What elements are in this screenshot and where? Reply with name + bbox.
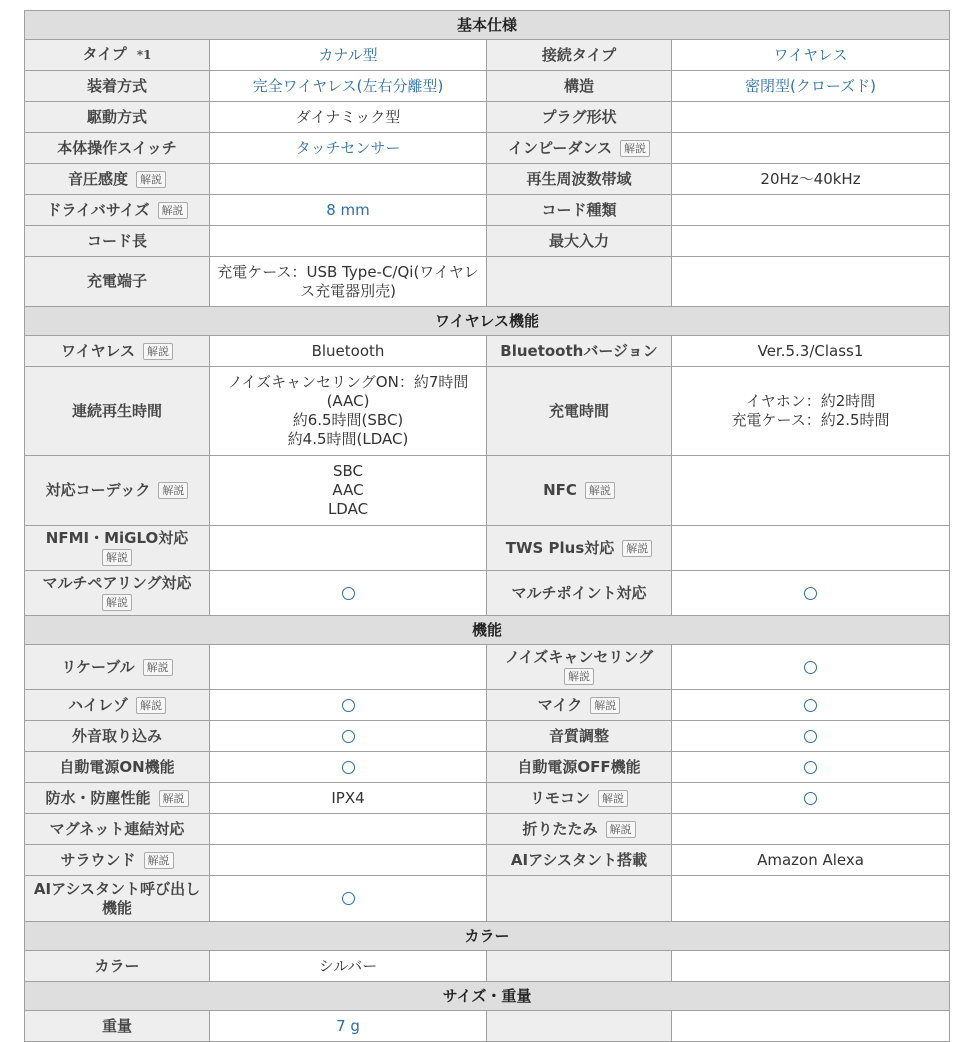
- explain-button[interactable]: 解説: [606, 821, 636, 838]
- value-foldable: [672, 814, 950, 845]
- explain-button[interactable]: 解説: [158, 202, 188, 219]
- label-auto-power-off: 自動電源OFF機能: [487, 752, 672, 783]
- label-max-input: 最大入力: [487, 226, 672, 257]
- label-empty: [487, 1011, 672, 1042]
- explain-button[interactable]: 解説: [564, 668, 594, 685]
- table-row: サラウンド解説 AIアシスタント搭載 Amazon Alexa: [25, 845, 950, 876]
- label-text: ノイズキャンセリング: [505, 648, 653, 666]
- table-row: 自動電源ON機能 自動電源OFF機能: [25, 752, 950, 783]
- label-driver-size: ドライバサイズ解説: [25, 195, 210, 226]
- explain-button[interactable]: 解説: [598, 790, 628, 807]
- value-empty: [672, 876, 950, 922]
- value-waterproof: IPX4: [210, 783, 487, 814]
- value-ai-assistant-call: [210, 876, 487, 922]
- label-waterproof: 防水・防塵性能解説: [25, 783, 210, 814]
- value-cord-type: [672, 195, 950, 226]
- value-color: シルバー: [210, 951, 487, 982]
- value-max-input: [672, 226, 950, 257]
- value-magnet: [210, 814, 487, 845]
- label-multipairing: マルチペアリング対応解説: [25, 571, 210, 616]
- value-charging-time: イヤホン：約2時間 充電ケース：約2.5時間: [672, 367, 950, 456]
- section-header-features: 機能: [25, 616, 950, 645]
- value-codec: SBC AAC LDAC: [210, 456, 487, 526]
- label-text: ハイレゾ: [68, 696, 128, 714]
- value-wearing-style[interactable]: 完全ワイヤレス(左右分離型): [210, 71, 487, 102]
- value-hires: [210, 690, 487, 721]
- label-auto-power-on: 自動電源ON機能: [25, 752, 210, 783]
- value-auto-power-on: [210, 752, 487, 783]
- footnote-marker[interactable]: *1: [137, 48, 152, 62]
- label-charging-port: 充電端子: [25, 257, 210, 307]
- explain-button[interactable]: 解説: [143, 343, 173, 360]
- section-header-color: カラー: [25, 922, 950, 951]
- value-tws-plus: [672, 526, 950, 571]
- table-row: 本体操作スイッチ タッチセンサー インピーダンス解説: [25, 133, 950, 164]
- section-header-wireless: ワイヤレス機能: [25, 307, 950, 336]
- table-row: 外音取り込み 音質調整: [25, 721, 950, 752]
- value-plug-shape: [672, 102, 950, 133]
- label-sound-adjust: 音質調整: [487, 721, 672, 752]
- label-ambient-sound: 外音取り込み: [25, 721, 210, 752]
- label-playback-time: 連続再生時間: [25, 367, 210, 456]
- available-circle-icon: [342, 699, 355, 712]
- label-text: 音圧感度: [68, 170, 128, 188]
- table-row: タイプ*1 カナル型 接続タイプ ワイヤレス: [25, 40, 950, 71]
- explain-button[interactable]: 解説: [622, 540, 652, 557]
- value-cord-length: [210, 226, 487, 257]
- available-circle-icon: [804, 761, 817, 774]
- label-empty: [487, 257, 672, 307]
- value-surround: [210, 845, 487, 876]
- label-frequency-range: 再生周波数帯域: [487, 164, 672, 195]
- value-ambient-sound: [210, 721, 487, 752]
- value-structure[interactable]: 密閉型(クローズド): [672, 71, 950, 102]
- value-impedance: [672, 133, 950, 164]
- value-nfmi-miglo: [210, 526, 487, 571]
- available-circle-icon: [804, 699, 817, 712]
- table-row: マグネット連結対応 折りたたみ解説: [25, 814, 950, 845]
- available-circle-icon: [342, 587, 355, 600]
- value-sound-adjust: [672, 721, 950, 752]
- value-multipairing: [210, 571, 487, 616]
- label-weight: 重量: [25, 1011, 210, 1042]
- label-impedance: インピーダンス解説: [487, 133, 672, 164]
- label-text: マルチペアリング対応: [42, 574, 191, 592]
- label-drive-type: 駆動方式: [25, 102, 210, 133]
- table-row: マルチペアリング対応解説 マルチポイント対応: [25, 571, 950, 616]
- explain-button[interactable]: 解説: [143, 659, 173, 676]
- value-multipoint: [672, 571, 950, 616]
- label-codec: 対応コーデック解説: [25, 456, 210, 526]
- label-mic: マイク解説: [487, 690, 672, 721]
- label-ai-assistant: AIアシスタント搭載: [487, 845, 672, 876]
- label-text: ワイヤレス: [61, 342, 135, 360]
- table-row: ハイレゾ解説 マイク解説: [25, 690, 950, 721]
- value-empty: [672, 257, 950, 307]
- label-empty: [487, 876, 672, 922]
- explain-button[interactable]: 解説: [159, 790, 189, 807]
- explain-button[interactable]: 解説: [585, 482, 615, 499]
- label-bluetooth-version: Bluetoothバージョン: [487, 336, 672, 367]
- label-sensitivity: 音圧感度解説: [25, 164, 210, 195]
- value-control-switch[interactable]: タッチセンサー: [210, 133, 487, 164]
- available-circle-icon: [342, 730, 355, 743]
- label-remote: リモコン解説: [487, 783, 672, 814]
- label-wireless: ワイヤレス解説: [25, 336, 210, 367]
- table-row: ドライバサイズ解説 8 mm コード種類: [25, 195, 950, 226]
- explain-button[interactable]: 解説: [102, 549, 132, 566]
- value-recable: [210, 645, 487, 690]
- label-text: 対応コーデック: [46, 481, 151, 499]
- label-foldable: 折りたたみ解説: [487, 814, 672, 845]
- label-structure: 構造: [487, 71, 672, 102]
- value-remote: [672, 783, 950, 814]
- table-row: リケーブル解説 ノイズキャンセリング解説: [25, 645, 950, 690]
- value-empty: [672, 1011, 950, 1042]
- value-nfc: [672, 456, 950, 526]
- label-text: タイプ: [83, 45, 127, 63]
- label-nfc: NFC解説: [487, 456, 672, 526]
- label-ai-assistant-call: AIアシスタント呼び出し機能: [25, 876, 210, 922]
- label-cord-type: コード種類: [487, 195, 672, 226]
- table-row: 装着方式 完全ワイヤレス(左右分離型) 構造 密閉型(クローズド): [25, 71, 950, 102]
- value-wireless: Bluetooth: [210, 336, 487, 367]
- label-charging-time: 充電時間: [487, 367, 672, 456]
- explain-button[interactable]: 解説: [590, 697, 620, 714]
- label-text: NFC: [543, 481, 577, 499]
- label-surround: サラウンド解説: [25, 845, 210, 876]
- label-text: マイク: [538, 696, 582, 714]
- label-tws-plus: TWS Plus対応解説: [487, 526, 672, 571]
- label-text: 折りたたみ: [522, 820, 597, 838]
- label-nfmi-miglo: NFMI・MiGLO対応解説: [25, 526, 210, 571]
- table-row: 音圧感度解説 再生周波数帯域 20Hz～40kHz: [25, 164, 950, 195]
- explain-button[interactable]: 解説: [144, 852, 174, 869]
- label-noise-cancelling: ノイズキャンセリング解説: [487, 645, 672, 690]
- value-playback-time: ノイズキャンセリングON：約7時間(AAC) 約6.5時間(SBC) 約4.5時…: [210, 367, 487, 456]
- table-row: NFMI・MiGLO対応解説 TWS Plus対応解説: [25, 526, 950, 571]
- label-text: リモコン: [530, 789, 590, 807]
- label-text: ドライバサイズ: [46, 201, 149, 219]
- label-text: インピーダンス: [508, 139, 612, 157]
- label-magnet: マグネット連結対応: [25, 814, 210, 845]
- table-row: コード長 最大入力: [25, 226, 950, 257]
- label-recable: リケーブル解説: [25, 645, 210, 690]
- table-row: 駆動方式 ダイナミック型 プラグ形状: [25, 102, 950, 133]
- label-text: サラウンド: [60, 851, 135, 869]
- label-wearing-style: 装着方式: [25, 71, 210, 102]
- available-circle-icon: [804, 587, 817, 600]
- value-sensitivity: [210, 164, 487, 195]
- table-row: 防水・防塵性能解説 IPX4 リモコン解説: [25, 783, 950, 814]
- available-circle-icon: [804, 792, 817, 805]
- label-text: 防水・防塵性能: [45, 789, 150, 807]
- label-empty: [487, 951, 672, 982]
- table-row: AIアシスタント呼び出し機能: [25, 876, 950, 922]
- explain-button[interactable]: 解説: [102, 594, 132, 611]
- table-row: 対応コーデック解説 SBC AAC LDAC NFC解説: [25, 456, 950, 526]
- table-row: 重量 7 g: [25, 1011, 950, 1042]
- table-row: カラー シルバー: [25, 951, 950, 982]
- value-charging-port: 充電ケース：USB Type-C/Qi(ワイヤレス充電器別売): [210, 257, 487, 307]
- value-frequency-range: 20Hz～40kHz: [672, 164, 950, 195]
- label-cord-length: コード長: [25, 226, 210, 257]
- value-bluetooth-version: Ver.5.3/Class1: [672, 336, 950, 367]
- label-text: NFMI・MiGLO対応: [46, 529, 188, 547]
- value-ai-assistant: Amazon Alexa: [672, 845, 950, 876]
- explain-button[interactable]: 解説: [136, 171, 166, 188]
- label-control-switch: 本体操作スイッチ: [25, 133, 210, 164]
- value-auto-power-off: [672, 752, 950, 783]
- available-circle-icon: [804, 661, 817, 674]
- available-circle-icon: [342, 892, 355, 905]
- table-row: 充電端子 充電ケース：USB Type-C/Qi(ワイヤレス充電器別売): [25, 257, 950, 307]
- section-header-basic: 基本仕様: [25, 11, 950, 40]
- value-driver-size[interactable]: 8 mm: [210, 195, 487, 226]
- value-empty: [672, 951, 950, 982]
- value-noise-cancelling: [672, 645, 950, 690]
- section-header-size: サイズ・重量: [25, 982, 950, 1011]
- table-row: ワイヤレス解説 Bluetooth Bluetoothバージョン Ver.5.3…: [25, 336, 950, 367]
- explain-button[interactable]: 解説: [158, 482, 188, 499]
- table-row: 連続再生時間 ノイズキャンセリングON：約7時間(AAC) 約6.5時間(SBC…: [25, 367, 950, 456]
- label-text: TWS Plus対応: [506, 539, 615, 557]
- value-drive-type: ダイナミック型: [210, 102, 487, 133]
- explain-button[interactable]: 解説: [620, 140, 650, 157]
- label-color: カラー: [25, 951, 210, 982]
- label-multipoint: マルチポイント対応: [487, 571, 672, 616]
- available-circle-icon: [342, 761, 355, 774]
- label-type: タイプ*1: [25, 40, 210, 71]
- value-connection-type[interactable]: ワイヤレス: [672, 40, 950, 71]
- value-weight[interactable]: 7 g: [210, 1011, 487, 1042]
- label-text: リケーブル: [61, 658, 134, 676]
- spec-table: 基本仕様 タイプ*1 カナル型 接続タイプ ワイヤレス 装着方式 完全ワイヤレス…: [24, 10, 950, 1042]
- value-type[interactable]: カナル型: [210, 40, 487, 71]
- value-mic: [672, 690, 950, 721]
- explain-button[interactable]: 解説: [136, 697, 166, 714]
- label-plug-shape: プラグ形状: [487, 102, 672, 133]
- label-connection-type: 接続タイプ: [487, 40, 672, 71]
- available-circle-icon: [804, 730, 817, 743]
- label-hires: ハイレゾ解説: [25, 690, 210, 721]
